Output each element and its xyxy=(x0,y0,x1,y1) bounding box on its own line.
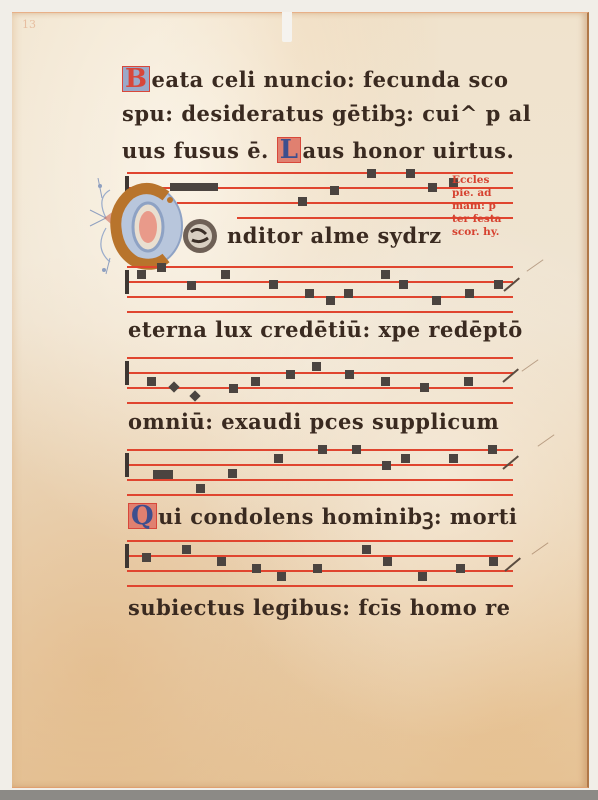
text-line-8: subiectus legibus: fcīs homo re xyxy=(128,596,511,620)
text-line-1: Beata celi nuncio: fecunda sco xyxy=(122,66,509,92)
note xyxy=(362,545,371,554)
folio-number: 13 xyxy=(22,18,36,31)
note xyxy=(418,572,427,581)
note xyxy=(494,280,503,289)
rubric-line: ter festa xyxy=(452,213,512,226)
text-line-5: eterna lux credētiū: xpe redēptō xyxy=(128,318,523,342)
note xyxy=(142,553,151,562)
text-line-3: uus fusus ē. Laus honor uirtus. xyxy=(122,137,514,163)
note xyxy=(489,557,498,566)
note xyxy=(286,370,295,379)
note xyxy=(465,289,474,298)
note xyxy=(229,384,238,393)
note xyxy=(401,454,410,463)
text-line-3-after: aus honor uirtus. xyxy=(302,138,514,163)
note xyxy=(196,484,205,493)
rubric-line: mam: p xyxy=(452,200,512,213)
note xyxy=(157,263,166,272)
note xyxy=(383,557,392,566)
note xyxy=(187,281,196,290)
note xyxy=(269,280,278,289)
text-line-8-body: subiectus legibus: fcīs homo re xyxy=(128,595,511,620)
note xyxy=(137,270,146,279)
text-line-1-body: eata celi nuncio: fecunda sco xyxy=(151,67,508,92)
note xyxy=(406,169,415,178)
text-line-5-body: eterna lux credētiū: xpe redēptō xyxy=(128,317,523,342)
note xyxy=(330,186,339,195)
rubric-line: pie. ad xyxy=(452,187,512,200)
text-line-4: nditor alme sydrz xyxy=(227,224,442,248)
note xyxy=(345,370,354,379)
note xyxy=(313,564,322,573)
note xyxy=(182,545,191,554)
note xyxy=(399,280,408,289)
note xyxy=(432,296,441,305)
note xyxy=(326,296,335,305)
note xyxy=(456,564,465,573)
initial-b: B xyxy=(122,66,150,92)
text-line-7: Qui condolens hominibꝫ: morti xyxy=(128,503,517,529)
note xyxy=(352,445,361,454)
note xyxy=(277,572,286,581)
note xyxy=(252,564,261,573)
text-line-7-body: ui condolens hominibꝫ: morti xyxy=(158,504,517,529)
note xyxy=(318,445,327,454)
note xyxy=(449,454,458,463)
note xyxy=(464,377,473,386)
note xyxy=(344,289,353,298)
initial-l: L xyxy=(277,137,302,163)
note xyxy=(367,169,376,178)
note xyxy=(381,377,390,386)
text-line-2-body: spu: desideratus gētibꝫ: cui^ p al xyxy=(122,101,531,126)
note xyxy=(382,461,391,470)
note xyxy=(221,270,230,279)
note xyxy=(298,197,307,206)
rubric-line: Eccles xyxy=(452,174,512,187)
note xyxy=(147,377,156,386)
note xyxy=(381,270,390,279)
note xyxy=(428,183,437,192)
note xyxy=(420,383,429,392)
initial-q: Q xyxy=(128,503,157,529)
note xyxy=(274,454,283,463)
text-line-3-before: uus fusus ē. xyxy=(122,138,269,163)
note xyxy=(488,445,497,454)
rubric-line: scor. hy. xyxy=(452,226,512,239)
illuminated-initial-c xyxy=(88,178,218,278)
mounting-tab xyxy=(282,12,292,42)
note xyxy=(251,377,260,386)
ligature-note xyxy=(153,470,173,479)
text-line-6: omniū: exaudi pces supplicum xyxy=(128,410,499,434)
bottom-frame-edge xyxy=(0,790,598,800)
note xyxy=(305,289,314,298)
text-line-4-body: nditor alme sydrz xyxy=(227,223,442,248)
music-staff-2 xyxy=(127,266,513,314)
note xyxy=(228,469,237,478)
rubric-text: Eccles pie. ad mam: p ter festa scor. hy… xyxy=(452,174,512,239)
note xyxy=(217,557,226,566)
note xyxy=(312,362,321,371)
text-line-6-body: omniū: exaudi pces supplicum xyxy=(128,409,499,434)
text-line-2: spu: desideratus gētibꝫ: cui^ p al xyxy=(122,102,531,126)
